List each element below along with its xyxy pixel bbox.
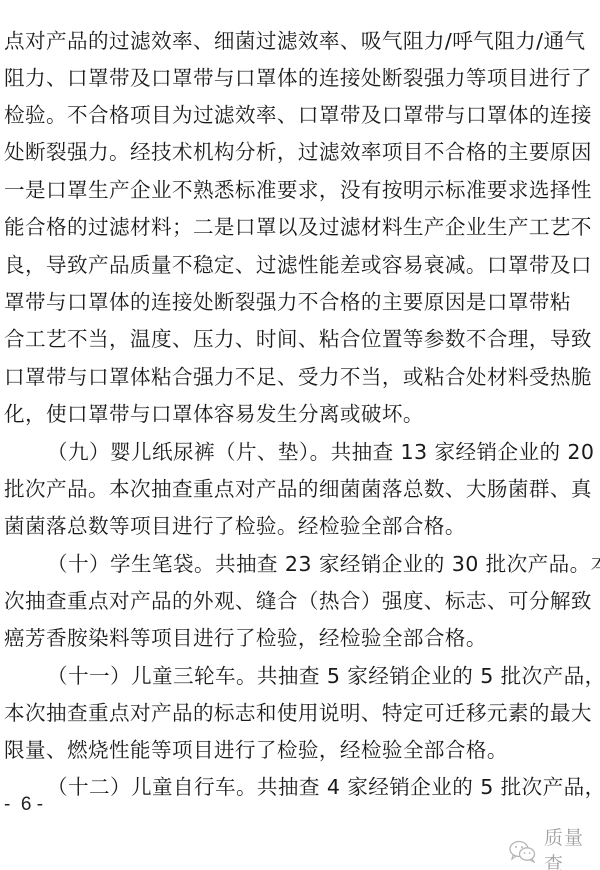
- text-line: 次抽查重点对产品的外观、缝合（热合）强度、标志、可分解致: [4, 586, 534, 616]
- text-line: 本次抽查重点对产品的标志和使用说明、特定可迁移元素的最大: [4, 698, 534, 728]
- document-page: 点对产品的过滤效率、细菌过滤效率、吸气阻力/呼气阻力/通气阻力、口罩带及口罩带与…: [0, 0, 600, 870]
- wechat-icon: [508, 839, 538, 863]
- text-line: （十二）儿童自行车。共抽查 4 家经销企业的 5 批次产品，: [47, 772, 534, 802]
- page-number: - 6 -: [4, 793, 43, 817]
- text-line: 阻力、口罩带及口罩带与口罩体的连接处断裂强力等项目进行了: [4, 63, 534, 93]
- text-line: 检验。不合格项目为过滤效率、口罩带及口罩带与口罩体的连接: [4, 100, 534, 130]
- text-line: 限量、燃烧性能等项目进行了检验，经检验全部合格。: [4, 735, 534, 765]
- text-line: 良，导致产品质量不稳定、过滤性能差或容易衰减。口罩带及口: [4, 250, 534, 280]
- text-line: （九）婴儿纸尿裤（片、垫）。共抽查 13 家经销企业的 20: [47, 437, 534, 467]
- text-line: 化，使口罩带与口罩体容易发生分离或破坏。: [4, 399, 534, 429]
- text-line: （十一）儿童三轮车。共抽查 5 家经销企业的 5 批次产品，: [47, 661, 534, 691]
- text-line: 批次产品。本次抽查重点对产品的细菌菌落总数、大肠菌群、真: [4, 474, 534, 504]
- text-line: 合工艺不当，温度、压力、时间、粘合位置等参数不合理，导致: [4, 324, 534, 354]
- text-line: （十）学生笔袋。共抽查 23 家经销企业的 30 批次产品。本: [47, 549, 534, 579]
- text-line: 处断裂强力。经技术机构分析，过滤效率项目不合格的主要原因: [4, 137, 534, 167]
- watermark: 质量查: [508, 838, 600, 864]
- watermark-text: 质量查: [544, 825, 600, 870]
- text-line: 菌菌落总数等项目进行了检验。经检验全部合格。: [4, 511, 534, 541]
- text-line: 点对产品的过滤效率、细菌过滤效率、吸气阻力/呼气阻力/通气: [4, 26, 534, 56]
- text-line: 能合格的过滤材料；二是口罩以及过滤材料生产企业生产工艺不: [4, 212, 534, 242]
- text-line: 口罩带与口罩体粘合强力不足、受力不当，或粘合处材料受热脆: [4, 362, 534, 392]
- text-line: 罩带与口罩体的连接处断裂强力不合格的主要原因是口罩带粘: [4, 287, 534, 317]
- text-line: 癌芳香胺染料等项目进行了检验，经检验全部合格。: [4, 623, 534, 653]
- text-line: 一是口罩生产企业不熟悉标准要求，没有按明示标准要求选择性: [4, 175, 534, 205]
